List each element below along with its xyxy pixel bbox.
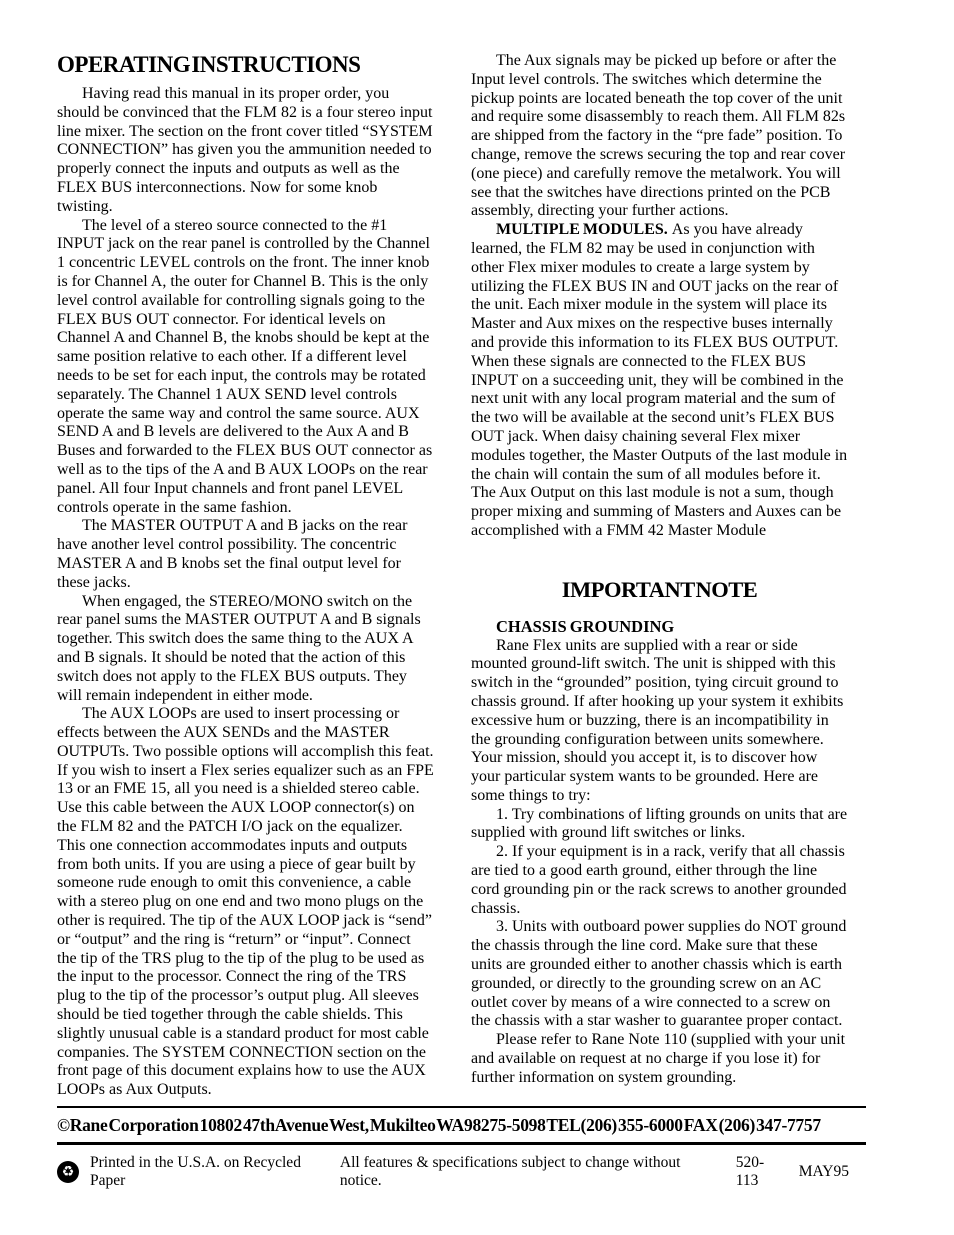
company-address-line: ©Rane Corporation 10802 47th Avenue West… (57, 1108, 866, 1142)
document-date: MAY95 (799, 1163, 849, 1181)
paragraph-multiple-modules: MULTIPLE MODULES.As you have already lea… (471, 221, 848, 541)
paragraph-aux-signals: The Aux signals may be picked up before … (471, 52, 848, 221)
important-note-heading: IMPORTANT NOTE (471, 577, 848, 603)
operating-instructions-heading: OPERATING INSTRUCTIONS (57, 52, 434, 78)
chassis-grounding-heading: CHASSIS GROUNDING (471, 618, 848, 637)
paragraph-stereo-mono: When engaged, the STEREO/MONO switch on … (57, 593, 434, 706)
text-columns: OPERATING INSTRUCTIONS Having read this … (57, 52, 849, 1100)
paragraph-rane-note-110: Please refer to Rane Note 110 (supplied … (471, 1031, 848, 1087)
paragraph-chassis-grounding: Rane Flex units are supplied with a rear… (471, 637, 848, 806)
change-notice: All features & specifications subject to… (340, 1154, 726, 1190)
paragraph-aux-loops: The AUX LOOPs are used to insert process… (57, 705, 434, 1100)
page-footer: ©Rane Corporation 10802 47th Avenue West… (57, 1106, 866, 1190)
right-column: The Aux signals may be picked up before … (471, 52, 848, 1100)
manual-page: OPERATING INSTRUCTIONS Having read this … (0, 0, 954, 1235)
grounding-tip-2: 2. If your equipment is in a rack, verif… (471, 843, 848, 918)
paragraph-input-levels: The level of a stereo source connected t… (57, 217, 434, 518)
footer-info-row: ♻ Printed in the U.S.A. on Recycled Pape… (57, 1154, 849, 1190)
multiple-modules-label: MULTIPLE MODULES. (496, 221, 668, 238)
recycled-paper-icon: ♻ (57, 1161, 79, 1183)
left-column: OPERATING INSTRUCTIONS Having read this … (57, 52, 434, 1100)
printed-note: Printed in the U.S.A. on Recycled Paper (90, 1154, 340, 1190)
paragraph-master-output: The MASTER OUTPUT A and B jacks on the r… (57, 517, 434, 592)
paragraph-intro: Having read this manual in its proper or… (57, 85, 434, 217)
grounding-tip-1: 1. Try combinations of lifting grounds o… (471, 806, 848, 844)
multiple-modules-text: As you have already learned, the FLM 82 … (471, 221, 847, 539)
document-number: 520-113 (736, 1154, 787, 1190)
grounding-tip-3: 3. Units with outboard power supplies do… (471, 918, 848, 1031)
footer-bottom-rule (57, 1142, 866, 1145)
